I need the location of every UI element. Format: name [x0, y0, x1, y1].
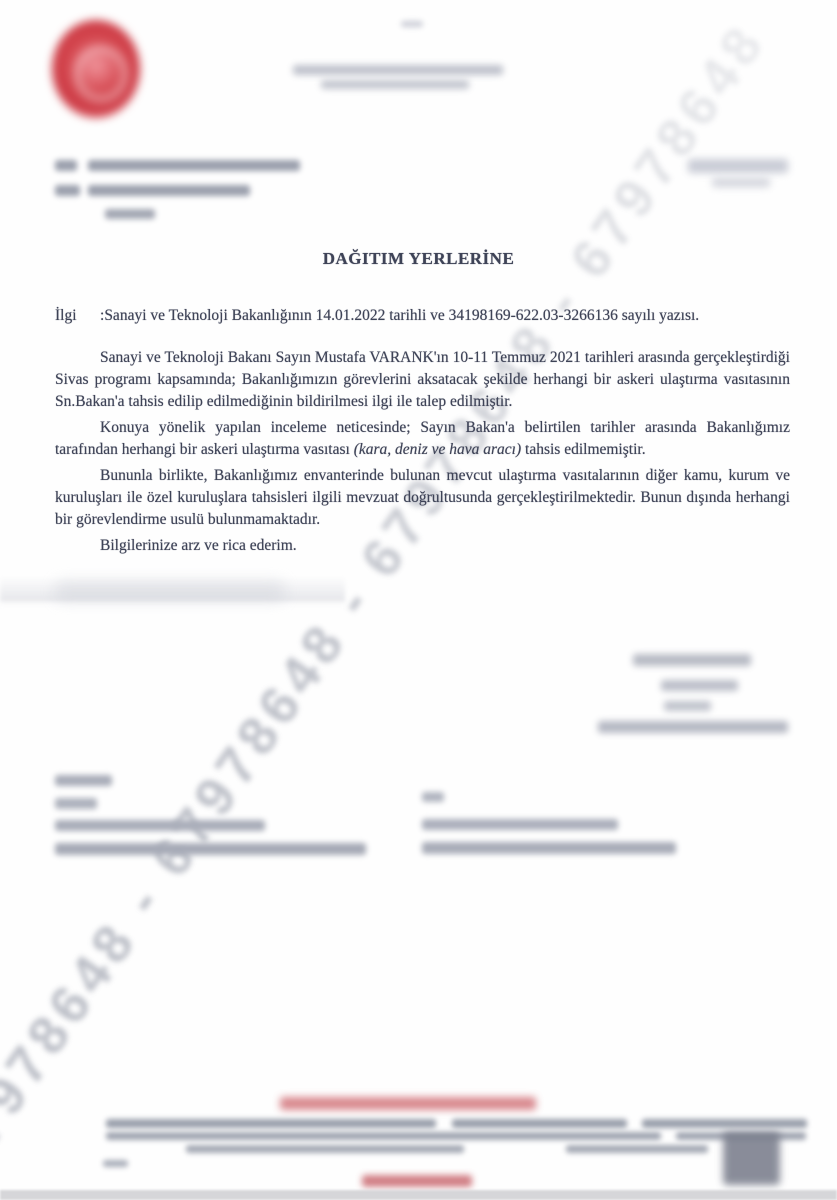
scanned-letter-page: 67978648 - 67978648 - 67978648 - 6797864…: [0, 0, 837, 1200]
redacted-footer-address-1c: [642, 1119, 807, 1128]
redacted-footer-address-3a: [186, 1145, 464, 1153]
redacted-signature-rank: [661, 680, 738, 691]
redacted-distribution-right-1: [422, 792, 444, 802]
redacted-docnumber-label: [55, 160, 77, 171]
redacted-distribution-right-3: [422, 842, 676, 854]
redacted-subject-label: [55, 185, 80, 196]
redacted-distribution-right-2: [422, 819, 618, 830]
reference-label: İlgi: [55, 307, 100, 325]
redacted-distribution-left-4: [55, 843, 366, 855]
redacted-date-line: [688, 159, 788, 173]
paragraph-1: Sanayi ve Teknoloji Bakanı Sayın Mustafa…: [55, 347, 790, 413]
paragraph-2-italic: (kara, deniz ve hava aracı): [354, 441, 521, 458]
paragraph-2-tail: tahsis edilmemiştir.: [521, 441, 645, 458]
closing-line: Bilgilerinize arz ve rica ederim.: [55, 535, 790, 557]
redacted-footer-address-2a: [106, 1132, 661, 1140]
reference-text: Sanayi ve Teknoloji Bakanlığının 14.01.2…: [104, 307, 699, 324]
redacted-distribution-left-2: [55, 798, 97, 809]
redacted-signature-name: [633, 654, 751, 666]
letter-body: Sanayi ve Teknoloji Bakanı Sayın Mustafa…: [55, 347, 790, 557]
paragraph-3: Bununla birlikte, Bakanlığımız envanteri…: [55, 465, 790, 531]
qr-code-blurred: [723, 1132, 780, 1185]
redacted-signature-unit: [598, 721, 788, 733]
redacted-letterhead-line-1: [293, 65, 503, 75]
reference-line: İlgi:Sanayi ve Teknoloji Bakanlığının 14…: [55, 307, 791, 325]
redacted-distribution-left-1: [55, 775, 112, 786]
redacted-footer-red-caption: [362, 1175, 472, 1187]
redacted-footer-address-1b: [452, 1119, 627, 1128]
redacted-footer-address-3b: [566, 1145, 708, 1153]
redacted-subject-value: [88, 185, 250, 196]
redacted-city-line: [105, 209, 155, 219]
redacted-letterhead-line-2: [321, 80, 469, 89]
scan-shadow-smudge: [55, 580, 285, 602]
paragraph-2: Konuya yönelik yapılan inceleme neticesi…: [55, 417, 790, 461]
red-state-emblem-icon: [52, 20, 140, 118]
redacted-distribution-left-3: [55, 820, 265, 831]
redacted-footer-address-1a: [106, 1119, 436, 1128]
letter-title: DAĞITIM YERLERİNE: [0, 249, 837, 269]
redacted-signature-title: [664, 701, 711, 711]
scan-bottom-edge-strip: [0, 1190, 837, 1200]
redacted-footer-address-4a: [103, 1160, 128, 1167]
redacted-letterhead-mark: [401, 21, 423, 27]
redacted-date-line-2: [712, 178, 770, 187]
redacted-footer-red-notice: [280, 1097, 536, 1110]
redacted-docnumber-value: [88, 160, 300, 171]
emblem-inner-ring: [74, 46, 128, 102]
